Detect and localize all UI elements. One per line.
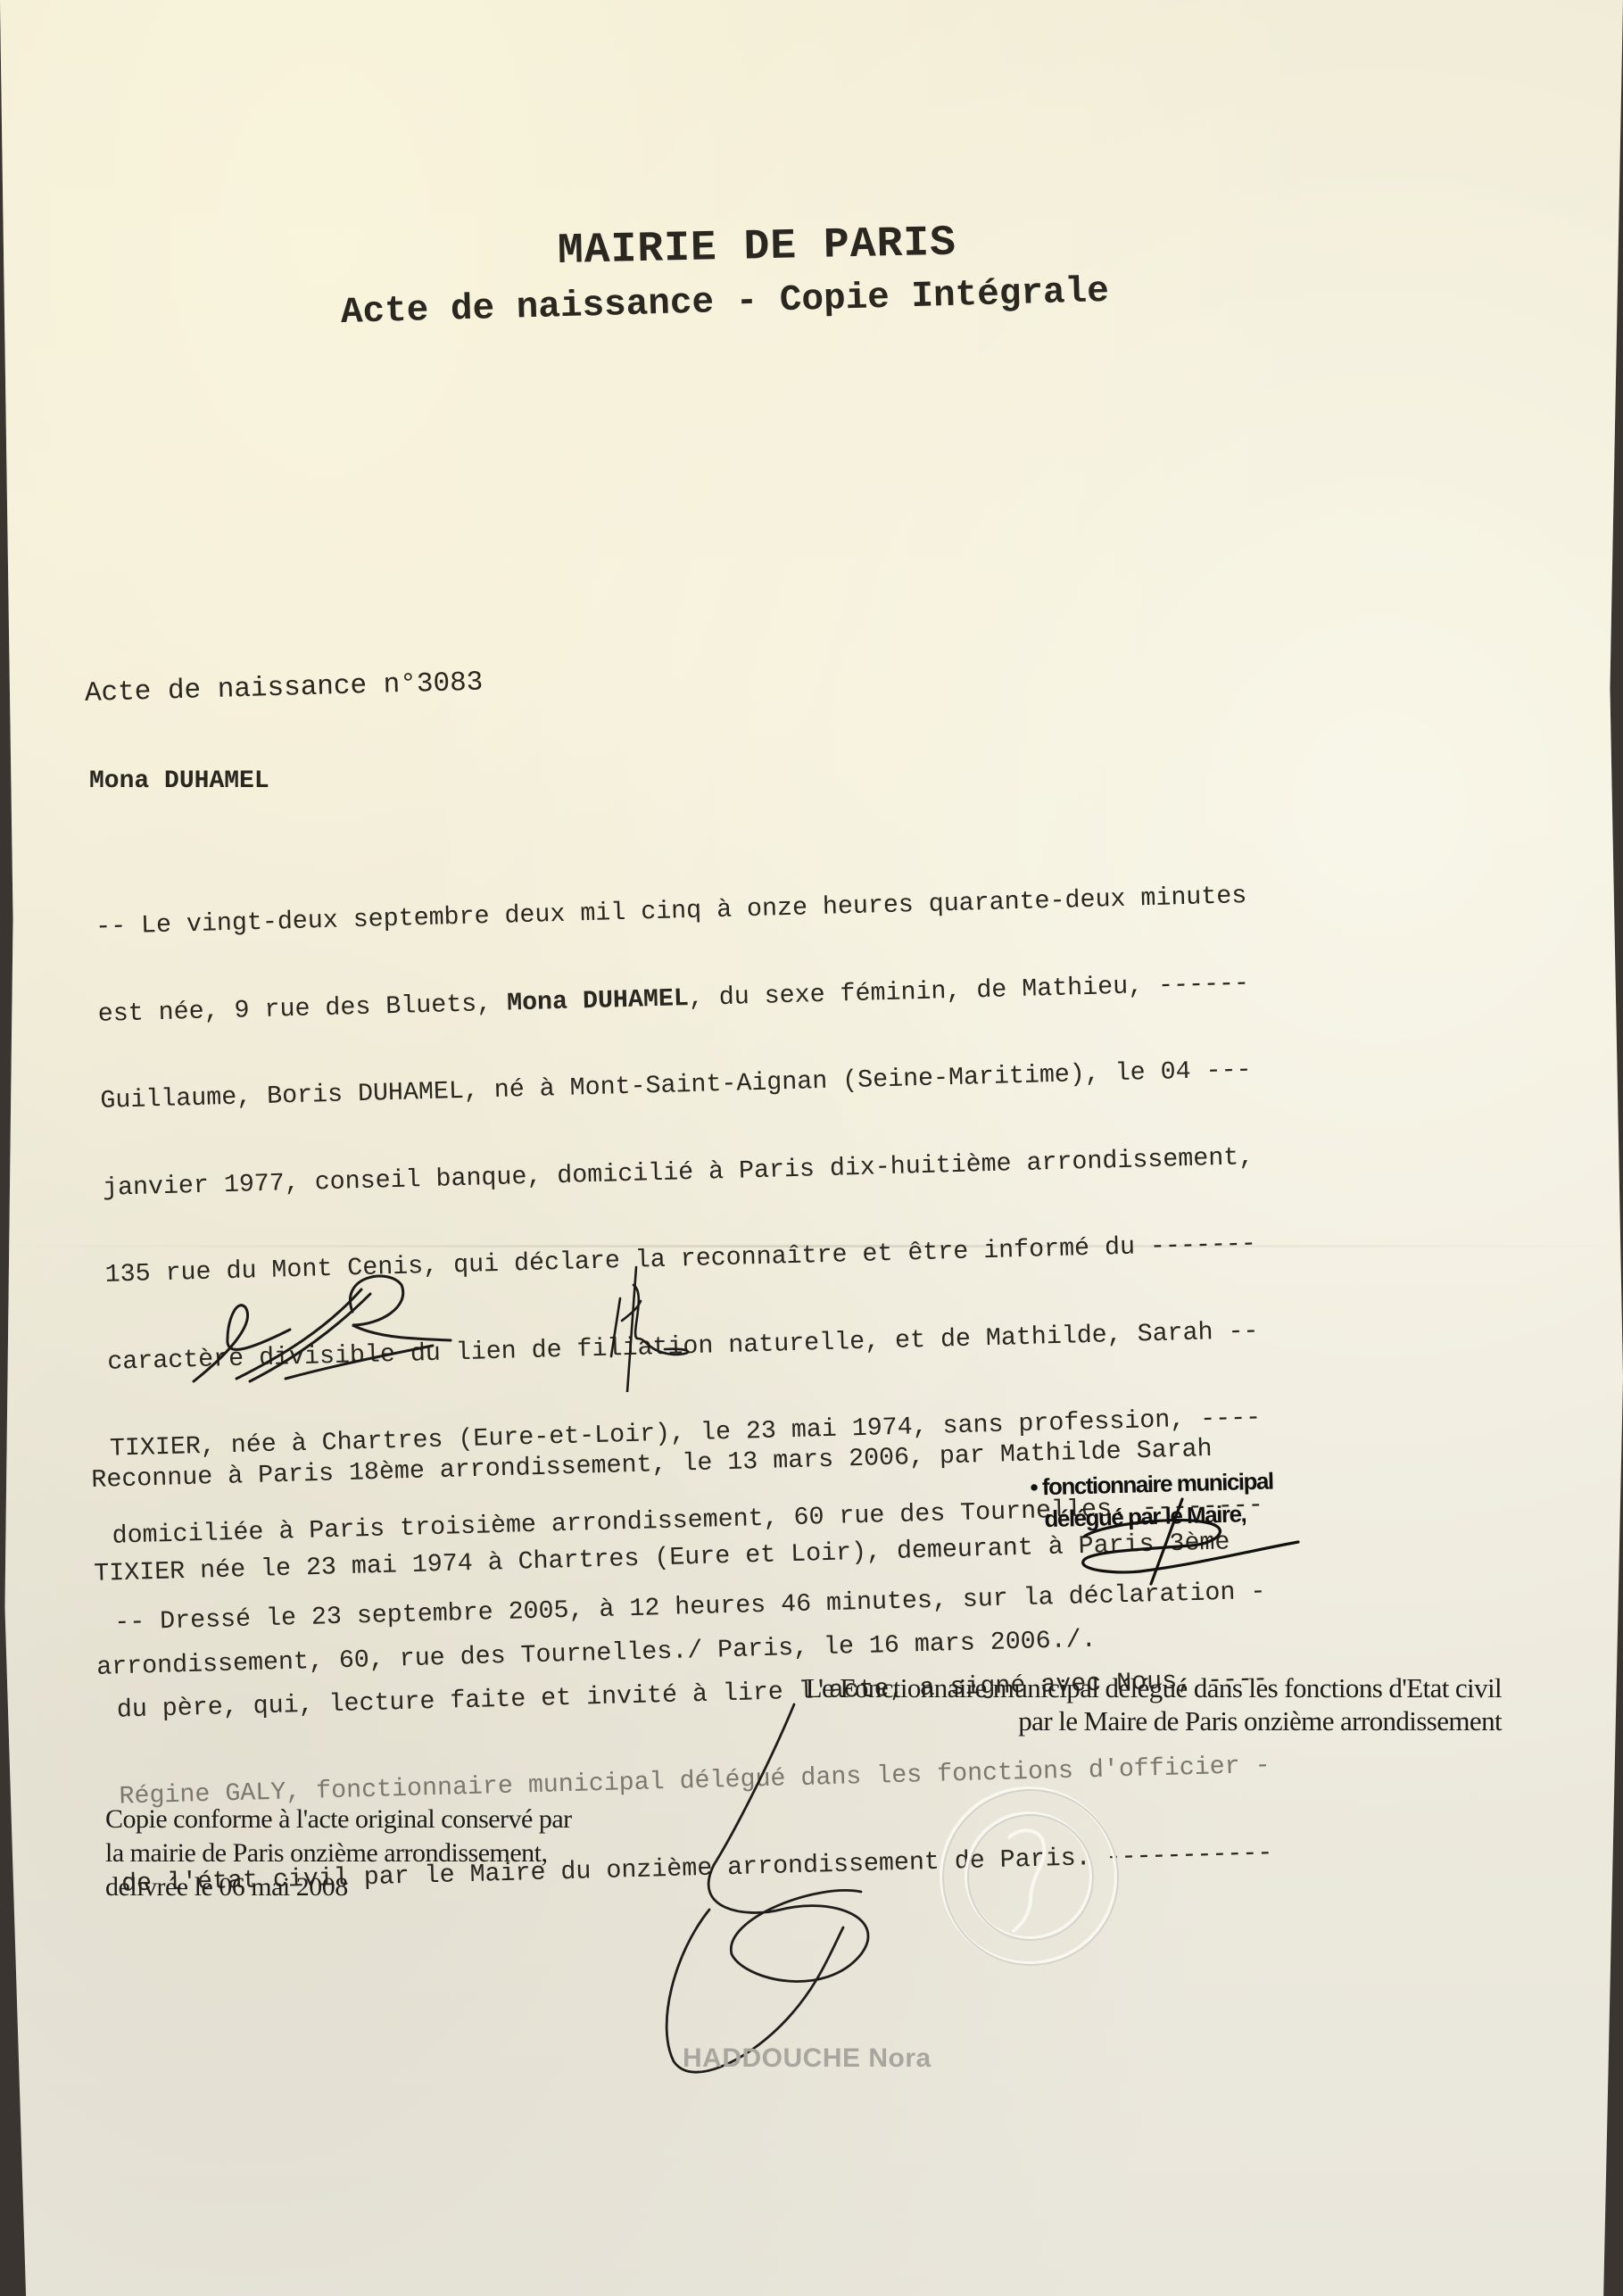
certification-line: la mairie de Paris onzième arrondissemen…	[105, 1836, 572, 1870]
body-line: janvier 1977, conseil banque, domicilié …	[103, 1139, 1405, 1203]
body-line: Guillaume, Boris DUHAMEL, né à Mont-Sain…	[100, 1051, 1403, 1115]
body-line: -- Le vingt-deux septembre deux mil cinq…	[95, 877, 1398, 941]
stamp-signature-icon	[1066, 1481, 1334, 1588]
child-name-emphasis: Mona DUHAMEL	[507, 984, 690, 1018]
certification-line: délivrée le 06 mai 2008	[105, 1870, 572, 1904]
certification-block: Copie conforme à l'acte original conserv…	[105, 1803, 572, 1904]
person-first-name: Mona	[89, 767, 149, 795]
person-name: Mona DUHAMEL	[89, 767, 269, 795]
certifying-officer-signature-icon	[638, 1687, 923, 2097]
certification-line: Copie conforme à l'acte original conserv…	[105, 1803, 572, 1836]
embossed-seal-icon	[923, 1776, 1133, 1977]
body-line: est née, 9 rue des Bluets, Mona DUHAMEL,…	[97, 965, 1400, 1029]
person-last-name: DUHAMEL	[164, 767, 269, 795]
officer-signature-icon	[584, 1258, 700, 1392]
signer-name-stamp: HADDOUCHE Nora	[683, 2043, 932, 2074]
document-title: MAIRIE DE PARIS	[557, 220, 956, 276]
